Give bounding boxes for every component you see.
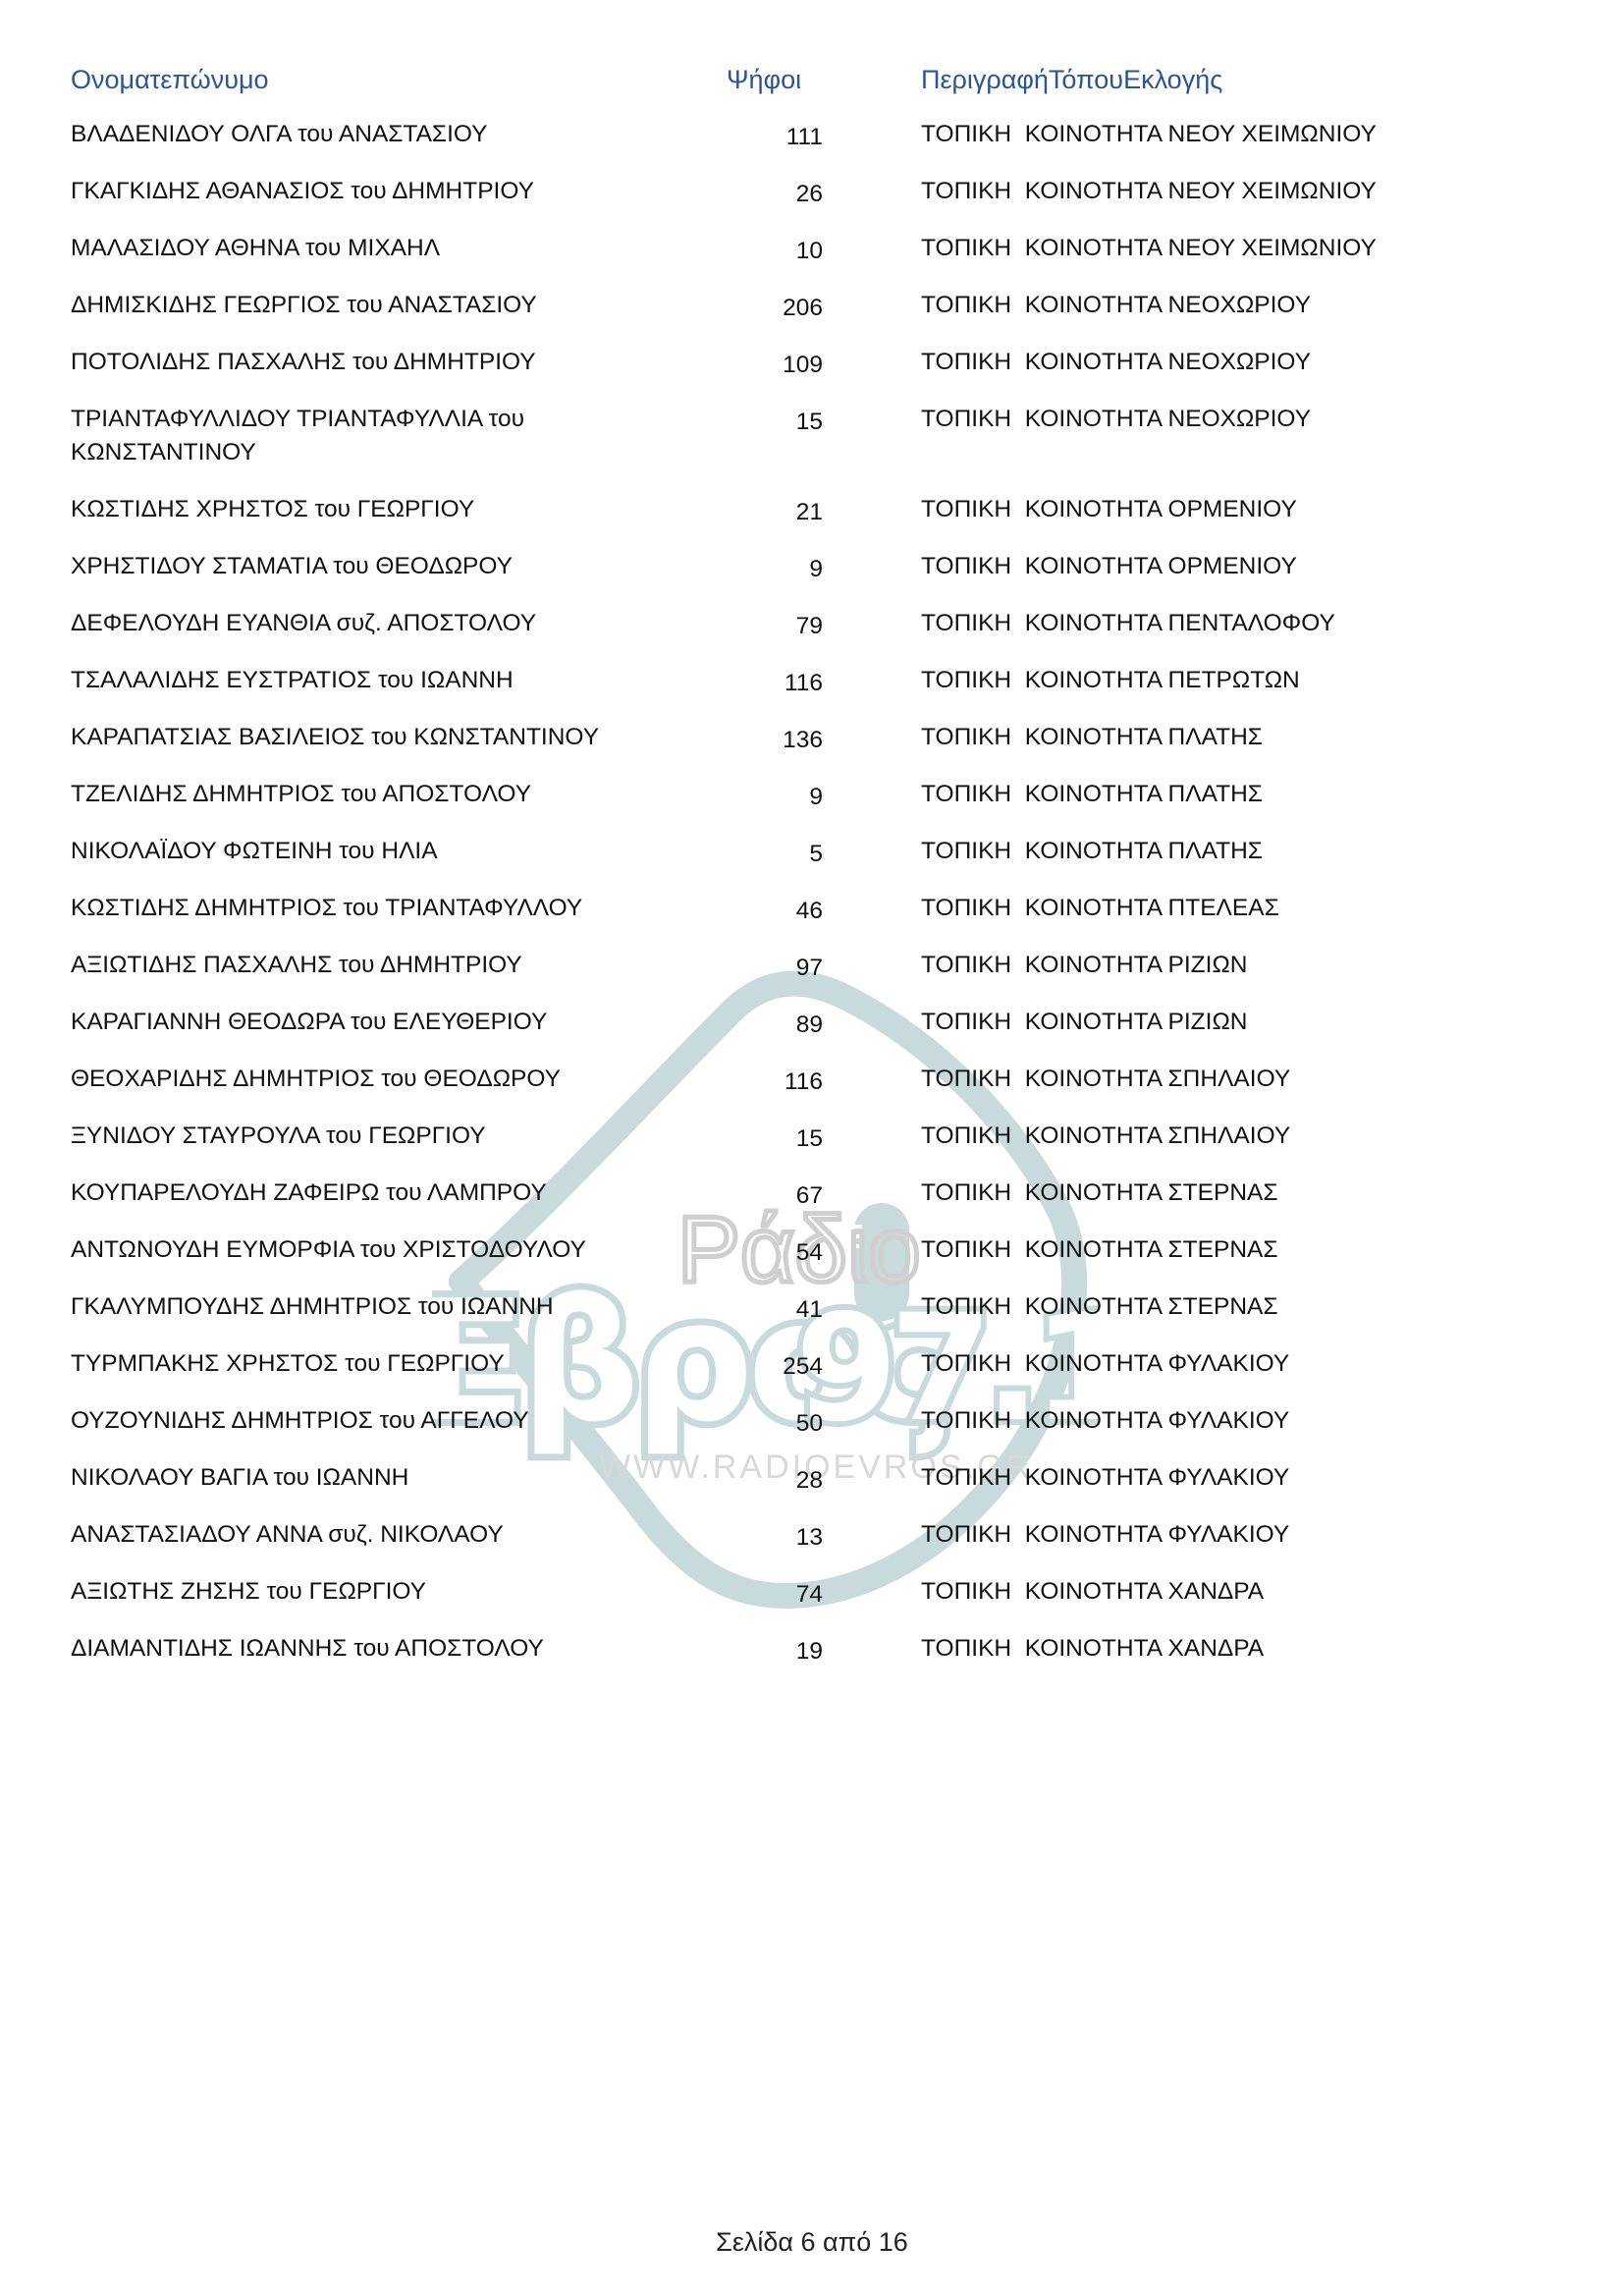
- candidate-name: ΚΑΡΑΠΑΤΣΙΑΣ ΒΑΣΙΛΕΙΟΣ του ΚΩΝΣΤΑΝΤΙΝΟΥ: [71, 721, 621, 754]
- candidate-name: ΞΥΝΙΔΟΥ ΣΤΑΥΡΟΥΛΑ του ΓΕΩΡΓΙΟΥ: [71, 1120, 621, 1153]
- table-row: ΝΙΚΟΛΑΪΔΟΥ ΦΩΤΕΙΝΗ του ΗΛΙΑ5ΤΟΠΙΚΗ ΚΟΙΝΟ…: [0, 835, 1624, 892]
- election-place: ΤΟΠΙΚΗ ΚΟΙΝΟΤΗΤΑ ΦΥΛΑΚΙΟΥ: [921, 1461, 1289, 1495]
- vote-count: 28: [727, 1464, 823, 1498]
- table-row: ΤΖΕΛΙΔΗΣ ΔΗΜΗΤΡΙΟΣ του ΑΠΟΣΤΟΛΟΥ9ΤΟΠΙΚΗ …: [0, 778, 1624, 835]
- candidate-name: ΤΡΙΑΝΤΑΦΥΛΛΙΔΟΥ ΤΡΙΑΝΤΑΦΥΛΛΙΑ του ΚΩΝΣΤΑ…: [71, 403, 621, 469]
- election-place: ΤΟΠΙΚΗ ΚΟΙΝΟΤΗΤΑ ΡΙΖΙΩΝ: [921, 949, 1247, 982]
- vote-count: 9: [727, 553, 823, 586]
- column-header-votes: Ψήφοι: [727, 65, 801, 95]
- candidate-name: ΔΙΑΜΑΝΤΙΔΗΣ ΙΩΑΝΝΗΣ του ΑΠΟΣΤΟΛΟΥ: [71, 1632, 621, 1666]
- election-place: ΤΟΠΙΚΗ ΚΟΙΝΟΤΗΤΑ ΠΤΕΛΕΑΣ: [921, 892, 1279, 925]
- candidate-name: ΜΑΛΑΣΙΔΟΥ ΑΘΗΝΑ του ΜΙΧΑΗΛ: [71, 232, 621, 265]
- table-row: ΑΝΤΩΝΟΥΔΗ ΕΥΜΟΡΦΙΑ του ΧΡΙΣΤΟΔΟΥΛΟΥ54ΤΟΠ…: [0, 1233, 1624, 1290]
- candidate-name: ΓΚΑΓΚΙΔΗΣ ΑΘΑΝΑΣΙΟΣ του ΔΗΜΗΤΡΙΟΥ: [71, 175, 621, 208]
- table-row: ΤΣΑΛΑΛΙΔΗΣ ΕΥΣΤΡΑΤΙΟΣ του ΙΩΑΝΝΗ116ΤΟΠΙΚ…: [0, 664, 1624, 721]
- table-row: ΑΞΙΩΤΙΔΗΣ ΠΑΣΧΑΛΗΣ του ΔΗΜΗΤΡΙΟΥ97ΤΟΠΙΚΗ…: [0, 949, 1624, 1006]
- candidate-name: ΟΥΖΟΥΝΙΔΗΣ ΔΗΜΗΤΡΙΟΣ του ΑΓΓΕΛΟΥ: [71, 1404, 621, 1438]
- candidate-name: ΝΙΚΟΛΑΟΥ ΒΑΓΙΑ του ΙΩΑΝΝΗ: [71, 1461, 621, 1495]
- candidate-name: ΔΗΜΙΣΚΙΔΗΣ ΓΕΩΡΓΙΟΣ του ΑΝΑΣΤΑΣΙΟΥ: [71, 289, 621, 322]
- table-row: ΜΑΛΑΣΙΔΟΥ ΑΘΗΝΑ του ΜΙΧΑΗΛ10ΤΟΠΙΚΗ ΚΟΙΝΟ…: [0, 232, 1624, 289]
- table-row: ΓΚΑΛΥΜΠΟΥΔΗΣ ΔΗΜΗΤΡΙΟΣ του ΙΩΑΝΝΗ41ΤΟΠΙΚ…: [0, 1290, 1624, 1347]
- election-place: ΤΟΠΙΚΗ ΚΟΙΝΟΤΗΤΑ ΟΡΜΕΝΙΟΥ: [921, 493, 1297, 526]
- candidate-name: ΘΕΟΧΑΡΙΔΗΣ ΔΗΜΗΤΡΙΟΣ του ΘΕΟΔΩΡΟΥ: [71, 1063, 621, 1096]
- vote-count: 97: [727, 952, 823, 985]
- candidate-name: ΚΩΣΤΙΔΗΣ ΔΗΜΗΤΡΙΟΣ του ΤΡΙΑΝΤΑΦΥΛΛΟΥ: [71, 892, 621, 925]
- election-place: ΤΟΠΙΚΗ ΚΟΙΝΟΤΗΤΑ ΧΑΝΔΡΑ: [921, 1632, 1264, 1666]
- election-place: ΤΟΠΙΚΗ ΚΟΙΝΟΤΗΤΑ ΦΥΛΑΚΙΟΥ: [921, 1404, 1289, 1438]
- candidate-name: ΔΕΦΕΛΟΥΔΗ ΕΥΑΝΘΙΑ συζ. ΑΠΟΣΤΟΛΟΥ: [71, 607, 621, 640]
- vote-count: 13: [727, 1521, 823, 1555]
- table-row: ΤΡΙΑΝΤΑΦΥΛΛΙΔΟΥ ΤΡΙΑΝΤΑΦΥΛΛΙΑ του ΚΩΝΣΤΑ…: [0, 403, 1624, 493]
- election-place: ΤΟΠΙΚΗ ΚΟΙΝΟΤΗΤΑ ΠΕΤΡΩΤΩΝ: [921, 664, 1300, 697]
- election-place: ΤΟΠΙΚΗ ΚΟΙΝΟΤΗΤΑ ΝΕΟΥ ΧΕΙΜΩΝΙΟΥ: [921, 175, 1377, 208]
- candidate-name: ΤΥΡΜΠΑΚΗΣ ΧΡΗΣΤΟΣ του ΓΕΩΡΓΙΟΥ: [71, 1347, 621, 1381]
- table-row: ΑΞΙΩΤΗΣ ΖΗΣΗΣ του ΓΕΩΡΓΙΟΥ74ΤΟΠΙΚΗ ΚΟΙΝΟ…: [0, 1575, 1624, 1632]
- election-place: ΤΟΠΙΚΗ ΚΟΙΝΟΤΗΤΑ ΠΕΝΤΑΛΟΦΟΥ: [921, 607, 1335, 640]
- vote-count: 26: [727, 178, 823, 211]
- candidate-name: ΠΟΤΟΛΙΔΗΣ ΠΑΣΧΑΛΗΣ του ΔΗΜΗΤΡΙΟΥ: [71, 346, 621, 379]
- vote-count: 109: [727, 349, 823, 382]
- election-place: ΤΟΠΙΚΗ ΚΟΙΝΟΤΗΤΑ ΠΛΑΤΗΣ: [921, 835, 1263, 868]
- table-row: ΔΙΑΜΑΝΤΙΔΗΣ ΙΩΑΝΝΗΣ του ΑΠΟΣΤΟΛΟΥ19ΤΟΠΙΚ…: [0, 1632, 1624, 1689]
- table-row: ΒΛΑΔΕΝΙΔΟΥ ΟΛΓΑ του ΑΝΑΣΤΑΣΙΟΥ111ΤΟΠΙΚΗ …: [0, 118, 1624, 175]
- table-row: ΟΥΖΟΥΝΙΔΗΣ ΔΗΜΗΤΡΙΟΣ του ΑΓΓΕΛΟΥ50ΤΟΠΙΚΗ…: [0, 1404, 1624, 1461]
- table-row: ΤΥΡΜΠΑΚΗΣ ΧΡΗΣΤΟΣ του ΓΕΩΡΓΙΟΥ254ΤΟΠΙΚΗ …: [0, 1347, 1624, 1404]
- vote-count: 21: [727, 496, 823, 529]
- candidate-name: ΚΩΣΤΙΔΗΣ ΧΡΗΣΤΟΣ του ΓΕΩΡΓΙΟΥ: [71, 493, 621, 526]
- vote-count: 116: [727, 1066, 823, 1099]
- election-place: ΤΟΠΙΚΗ ΚΟΙΝΟΤΗΤΑ ΦΥΛΑΚΙΟΥ: [921, 1518, 1289, 1552]
- vote-count: 116: [727, 667, 823, 700]
- vote-count: 206: [727, 292, 823, 325]
- table-row: ΚΩΣΤΙΔΗΣ ΔΗΜΗΤΡΙΟΣ του ΤΡΙΑΝΤΑΦΥΛΛΟΥ46ΤΟ…: [0, 892, 1624, 949]
- vote-count: 15: [727, 1122, 823, 1156]
- election-place: ΤΟΠΙΚΗ ΚΟΙΝΟΤΗΤΑ ΣΤΕΡΝΑΣ: [921, 1233, 1278, 1267]
- candidate-name: ΑΝΤΩΝΟΥΔΗ ΕΥΜΟΡΦΙΑ του ΧΡΙΣΤΟΔΟΥΛΟΥ: [71, 1233, 621, 1267]
- vote-count: 67: [727, 1179, 823, 1213]
- vote-count: 136: [727, 724, 823, 757]
- table-row: ΚΟΥΠΑΡΕΛΟΥΔΗ ΖΑΦΕΙΡΩ του ΛΑΜΠΡΟΥ67ΤΟΠΙΚΗ…: [0, 1176, 1624, 1233]
- table-row: ΚΑΡΑΠΑΤΣΙΑΣ ΒΑΣΙΛΕΙΟΣ του ΚΩΝΣΤΑΝΤΙΝΟΥ13…: [0, 721, 1624, 778]
- election-place: ΤΟΠΙΚΗ ΚΟΙΝΟΤΗΤΑ ΠΛΑΤΗΣ: [921, 721, 1263, 754]
- table-row: ΝΙΚΟΛΑΟΥ ΒΑΓΙΑ του ΙΩΑΝΝΗ28ΤΟΠΙΚΗ ΚΟΙΝΟΤ…: [0, 1461, 1624, 1518]
- election-place: ΤΟΠΙΚΗ ΚΟΙΝΟΤΗΤΑ ΝΕΟΥ ΧΕΙΜΩΝΙΟΥ: [921, 232, 1377, 265]
- election-place: ΤΟΠΙΚΗ ΚΟΙΝΟΤΗΤΑ ΝΕΟΥ ΧΕΙΜΩΝΙΟΥ: [921, 118, 1377, 151]
- election-place: ΤΟΠΙΚΗ ΚΟΙΝΟΤΗΤΑ ΝΕΟΧΩΡΙΟΥ: [921, 403, 1311, 436]
- vote-count: 10: [727, 235, 823, 268]
- table-row: ΑΝΑΣΤΑΣΙΑΔΟΥ ΑΝΝΑ συζ. ΝΙΚΟΛΑΟΥ13ΤΟΠΙΚΗ …: [0, 1518, 1624, 1575]
- candidate-name: ΚΟΥΠΑΡΕΛΟΥΔΗ ΖΑΦΕΙΡΩ του ΛΑΜΠΡΟΥ: [71, 1176, 621, 1210]
- election-place: ΤΟΠΙΚΗ ΚΟΙΝΟΤΗΤΑ ΣΠΗΛΑΙΟΥ: [921, 1063, 1290, 1096]
- candidate-name: ΑΞΙΩΤΗΣ ΖΗΣΗΣ του ΓΕΩΡΓΙΟΥ: [71, 1575, 621, 1609]
- election-place: ΤΟΠΙΚΗ ΚΟΙΝΟΤΗΤΑ ΦΥΛΑΚΙΟΥ: [921, 1347, 1289, 1381]
- table-row: ΞΥΝΙΔΟΥ ΣΤΑΥΡΟΥΛΑ του ΓΕΩΡΓΙΟΥ15ΤΟΠΙΚΗ Κ…: [0, 1120, 1624, 1176]
- candidate-name: ΧΡΗΣΤΙΔΟΥ ΣΤΑΜΑΤΙΑ του ΘΕΟΔΩΡΟΥ: [71, 550, 621, 583]
- vote-count: 254: [727, 1350, 823, 1384]
- table-row: ΠΟΤΟΛΙΔΗΣ ΠΑΣΧΑΛΗΣ του ΔΗΜΗΤΡΙΟΥ109ΤΟΠΙΚ…: [0, 346, 1624, 403]
- candidate-name: ΚΑΡΑΓΙΑΝΝΗ ΘΕΟΔΩΡΑ του ΕΛΕΥΘΕΡΙΟΥ: [71, 1006, 621, 1039]
- vote-count: 9: [727, 781, 823, 814]
- vote-count: 54: [727, 1236, 823, 1270]
- election-place: ΤΟΠΙΚΗ ΚΟΙΝΟΤΗΤΑ ΟΡΜΕΝΙΟΥ: [921, 550, 1297, 583]
- candidate-name: ΤΣΑΛΑΛΙΔΗΣ ΕΥΣΤΡΑΤΙΟΣ του ΙΩΑΝΝΗ: [71, 664, 621, 697]
- vote-count: 15: [727, 406, 823, 439]
- table-row: ΔΗΜΙΣΚΙΔΗΣ ΓΕΩΡΓΙΟΣ του ΑΝΑΣΤΑΣΙΟΥ206ΤΟΠ…: [0, 289, 1624, 346]
- election-place: ΤΟΠΙΚΗ ΚΟΙΝΟΤΗΤΑ ΣΤΕΡΝΑΣ: [921, 1290, 1278, 1324]
- candidate-table: ΒΛΑΔΕΝΙΔΟΥ ΟΛΓΑ του ΑΝΑΣΤΑΣΙΟΥ111ΤΟΠΙΚΗ …: [0, 118, 1624, 1689]
- document-page: Ράδιο Εβρος 97.1 WWW.RADIOEVROS.GR Ονομα…: [0, 0, 1624, 2296]
- election-place: ΤΟΠΙΚΗ ΚΟΙΝΟΤΗΤΑ ΝΕΟΧΩΡΙΟΥ: [921, 346, 1311, 379]
- candidate-name: ΑΞΙΩΤΙΔΗΣ ΠΑΣΧΑΛΗΣ του ΔΗΜΗΤΡΙΟΥ: [71, 949, 621, 982]
- column-header-name: Ονοματεπώνυμο: [71, 65, 269, 95]
- vote-count: 46: [727, 895, 823, 928]
- vote-count: 79: [727, 610, 823, 643]
- vote-count: 41: [727, 1293, 823, 1327]
- election-place: ΤΟΠΙΚΗ ΚΟΙΝΟΤΗΤΑ ΝΕΟΧΩΡΙΟΥ: [921, 289, 1311, 322]
- table-row: ΓΚΑΓΚΙΔΗΣ ΑΘΑΝΑΣΙΟΣ του ΔΗΜΗΤΡΙΟΥ26ΤΟΠΙΚ…: [0, 175, 1624, 232]
- page-number: Σελίδα 6 από 16: [0, 2227, 1624, 2258]
- vote-count: 89: [727, 1009, 823, 1042]
- election-place: ΤΟΠΙΚΗ ΚΟΙΝΟΤΗΤΑ ΧΑΝΔΡΑ: [921, 1575, 1264, 1609]
- table-row: ΔΕΦΕΛΟΥΔΗ ΕΥΑΝΘΙΑ συζ. ΑΠΟΣΤΟΛΟΥ79ΤΟΠΙΚΗ…: [0, 607, 1624, 664]
- table-row: ΚΩΣΤΙΔΗΣ ΧΡΗΣΤΟΣ του ΓΕΩΡΓΙΟΥ21ΤΟΠΙΚΗ ΚΟ…: [0, 493, 1624, 550]
- table-header: Ονοματεπώνυμο Ψήφοι ΠεριγραφήΤόπουΕκλογή…: [0, 65, 1624, 104]
- table-row: ΚΑΡΑΓΙΑΝΝΗ ΘΕΟΔΩΡΑ του ΕΛΕΥΘΕΡΙΟΥ89ΤΟΠΙΚ…: [0, 1006, 1624, 1063]
- election-place: ΤΟΠΙΚΗ ΚΟΙΝΟΤΗΤΑ ΠΛΑΤΗΣ: [921, 778, 1263, 811]
- election-place: ΤΟΠΙΚΗ ΚΟΙΝΟΤΗΤΑ ΡΙΖΙΩΝ: [921, 1006, 1247, 1039]
- election-place: ΤΟΠΙΚΗ ΚΟΙΝΟΤΗΤΑ ΣΤΕΡΝΑΣ: [921, 1176, 1278, 1210]
- election-place: ΤΟΠΙΚΗ ΚΟΙΝΟΤΗΤΑ ΣΠΗΛΑΙΟΥ: [921, 1120, 1290, 1153]
- column-header-place: ΠεριγραφήΤόπουΕκλογής: [921, 65, 1222, 95]
- candidate-name: ΒΛΑΔΕΝΙΔΟΥ ΟΛΓΑ του ΑΝΑΣΤΑΣΙΟΥ: [71, 118, 621, 151]
- table-row: ΧΡΗΣΤΙΔΟΥ ΣΤΑΜΑΤΙΑ του ΘΕΟΔΩΡΟΥ9ΤΟΠΙΚΗ Κ…: [0, 550, 1624, 607]
- candidate-name: ΝΙΚΟΛΑΪΔΟΥ ΦΩΤΕΙΝΗ του ΗΛΙΑ: [71, 835, 621, 868]
- vote-count: 19: [727, 1635, 823, 1668]
- table-row: ΘΕΟΧΑΡΙΔΗΣ ΔΗΜΗΤΡΙΟΣ του ΘΕΟΔΩΡΟΥ116ΤΟΠΙ…: [0, 1063, 1624, 1120]
- candidate-name: ΑΝΑΣΤΑΣΙΑΔΟΥ ΑΝΝΑ συζ. ΝΙΚΟΛΑΟΥ: [71, 1518, 621, 1552]
- vote-count: 50: [727, 1407, 823, 1441]
- vote-count: 5: [727, 838, 823, 871]
- vote-count: 111: [727, 121, 823, 154]
- vote-count: 74: [727, 1578, 823, 1612]
- candidate-name: ΓΚΑΛΥΜΠΟΥΔΗΣ ΔΗΜΗΤΡΙΟΣ του ΙΩΑΝΝΗ: [71, 1290, 621, 1324]
- candidate-name: ΤΖΕΛΙΔΗΣ ΔΗΜΗΤΡΙΟΣ του ΑΠΟΣΤΟΛΟΥ: [71, 778, 621, 811]
